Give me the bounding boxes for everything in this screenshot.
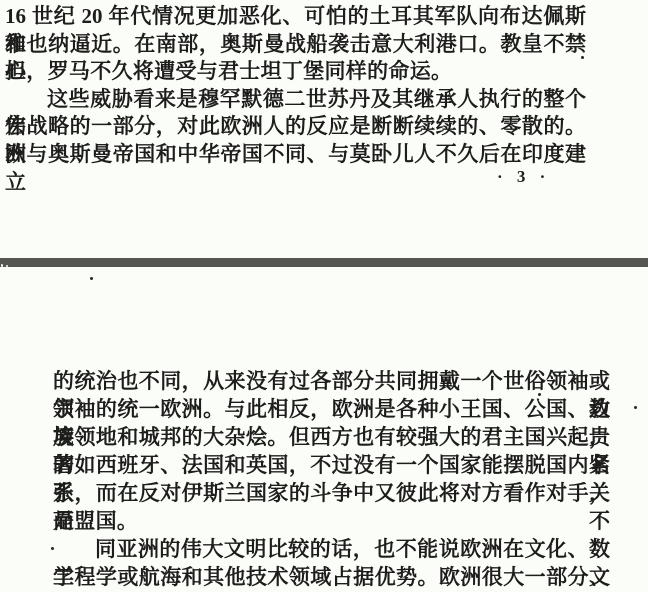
scan-speck [51, 547, 54, 550]
scan-speck [90, 277, 93, 280]
text-line: 的统治也不同，从来没有过各部分共同拥戴一个世俗领袖或宗教 [53, 367, 610, 395]
text-line: 领袖的统一欧洲。与此相反，欧洲是各种小王国、公国、边境贵 [53, 395, 610, 423]
text-line: 16 世纪 20 年代情况更加恶化、可怕的土耳其军队向布达佩斯和 [5, 3, 586, 31]
text-line: 心，罗马不久将遭受与君士坦丁堡同样的命运。 [5, 58, 586, 86]
bottom-page-fragment: 的统治也不同，从来没有过各部分共同拥戴一个世俗领袖或宗教 领袖的统一欧洲。与此相… [53, 367, 610, 591]
text-line: 洲与奥斯曼帝国和中华帝国不同、与莫卧儿人不久后在印度建立 [5, 141, 586, 169]
scanned-book-page: 16 世纪 20 年代情况更加恶化、可怕的土耳其军队向布达佩斯和 维也纳逼近。在… [0, 0, 648, 592]
scan-speck [581, 56, 584, 59]
text-line: 这些威胁看来是穆罕默德二世苏丹及其继承人执行的整个宏 [5, 86, 586, 114]
page-number: · 3 · [497, 166, 567, 188]
scan-speck [634, 406, 637, 409]
text-line: 维也纳逼近。在南部，奥斯曼战船袭击意大利港口。教皇不禁担 [5, 31, 586, 59]
text-line: 族领地和城邦的大杂烩。但西方也有较强大的君主国兴起，著名 [53, 423, 610, 451]
top-page-fragment: 16 世纪 20 年代情况更加恶化、可怕的土耳其军队向布达佩斯和 维也纳逼近。在… [5, 3, 586, 169]
text-line: 工程学或航海和其他技术领域占据优势。欧洲很大一部分文化和 [53, 563, 610, 591]
text-line: 的如西班牙、法国和英国，不过没有一个国家能摆脱国内紧张关 [53, 451, 610, 479]
text-line: 伟战略的一部分，对此欧洲人的反应是断断续续的、零散的。欧 [5, 113, 586, 141]
text-line: 系，而在反对伊斯兰国家的斗争中又彼此将对方看作对手，而不 [53, 479, 610, 507]
page-separator-band [0, 258, 648, 267]
scan-speck [538, 393, 541, 396]
text-line: 同亚洲的伟大文明比较的话，也不能说欧洲在文化、数学、 [53, 535, 610, 563]
scan-speck [6, 265, 8, 267]
scan-speck [1, 264, 3, 267]
